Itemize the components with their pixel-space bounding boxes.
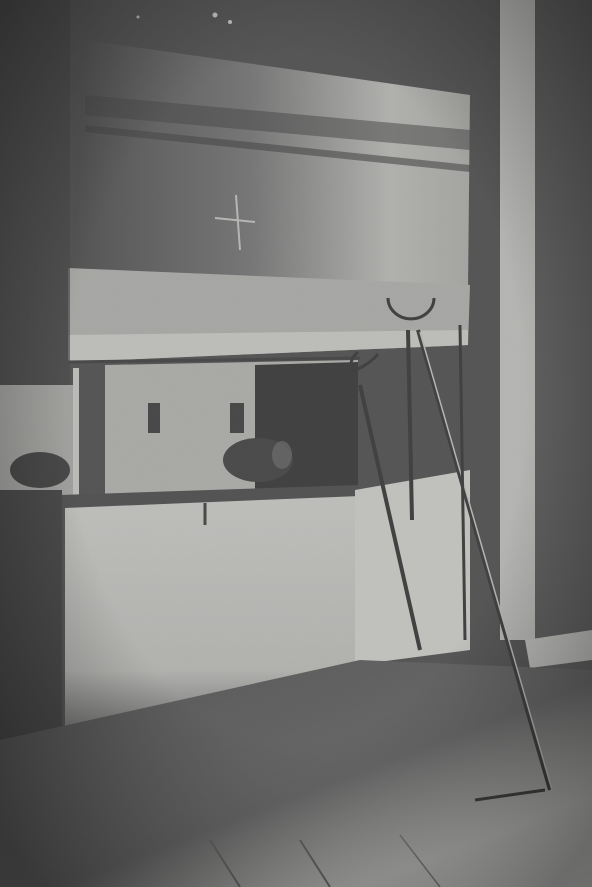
- photograph: Historic black-and-white photograph of a…: [0, 0, 592, 887]
- hearth-scene: [0, 0, 592, 887]
- vignette: [0, 0, 592, 887]
